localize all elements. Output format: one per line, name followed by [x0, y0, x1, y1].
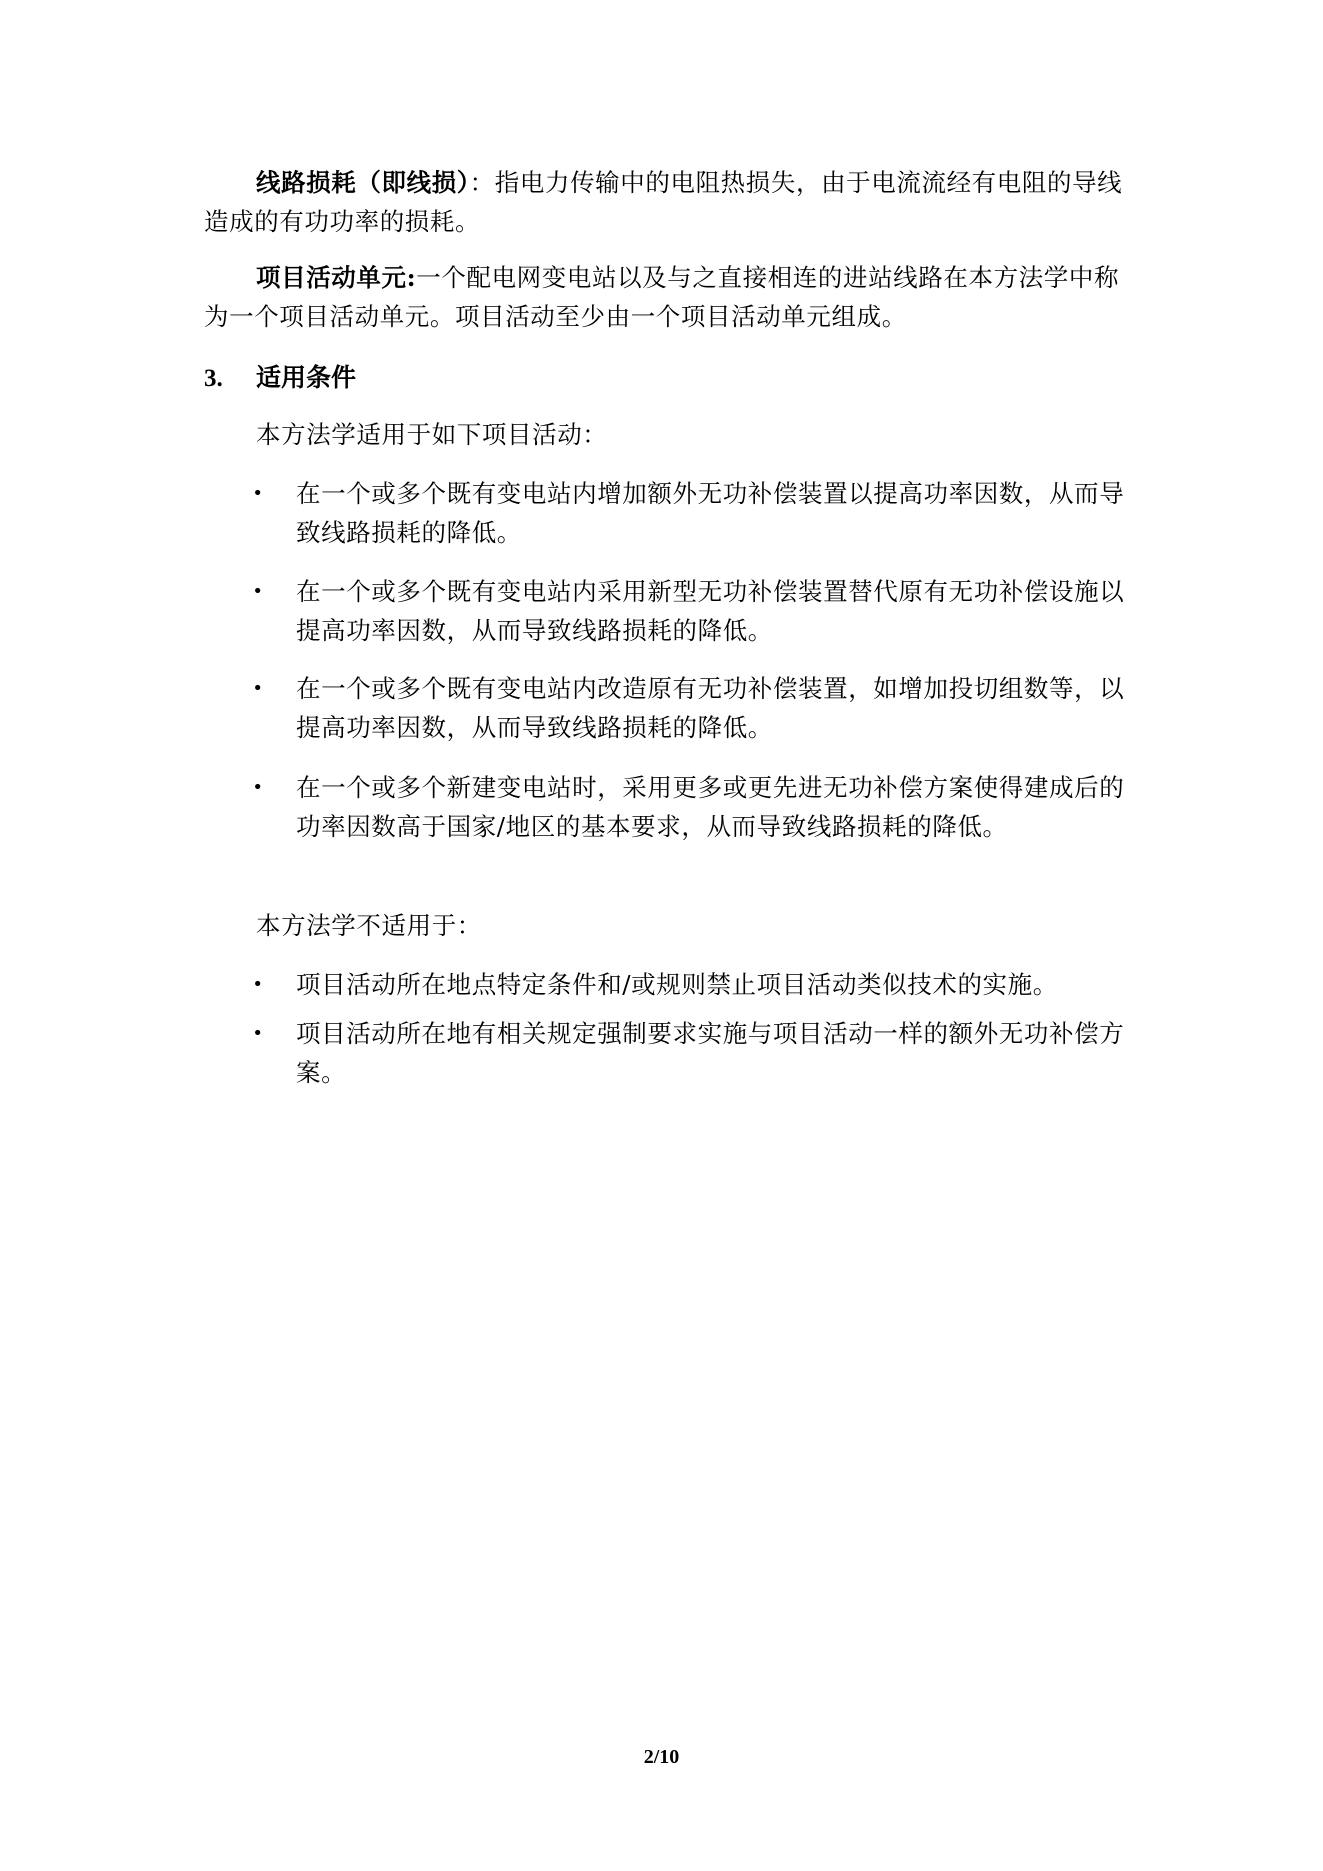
list-item-text: 项目活动所在地点特定条件和/或规则禁止项目活动类似技术的实施。 [296, 970, 1058, 999]
definition-term: 项目活动单元 [256, 263, 407, 292]
bullet-icon: • [248, 1014, 268, 1053]
list-item-text: 项目活动所在地有相关规定强制要求实施与项目活动一样的额外无功补偿方案。 [296, 1019, 1124, 1087]
definition-separator: : [407, 263, 417, 292]
list-item: • 在一个或多个既有变电站内改造原有无功补偿装置，如增加投切组数等，以提高功率因… [296, 669, 1134, 747]
list-item-text: 在一个或多个既有变电站内改造原有无功补偿装置，如增加投切组数等，以提高功率因数，… [296, 674, 1124, 742]
bullet-icon: • [248, 669, 268, 708]
definition-project-activity-unit: 项目活动单元:一个配电网变电站以及与之直接相连的进站线路在本方法学中称为一个项目… [204, 258, 1134, 336]
definition-term: 线路损耗（即线损） [256, 168, 470, 197]
bullet-icon: • [248, 768, 268, 807]
definition-separator: ： [470, 168, 495, 197]
section-title: 适用条件 [256, 363, 356, 392]
list-item: • 在一个或多个既有变电站内采用新型无功补偿装置替代原有无功补偿设施以提高功率因… [296, 572, 1134, 650]
section-number: 3. [204, 359, 256, 399]
bullet-icon: • [248, 474, 268, 513]
bullet-icon: • [248, 572, 268, 611]
list-item: • 项目活动所在地点特定条件和/或规则禁止项目活动类似技术的实施。 [296, 965, 1134, 1004]
definition-line-loss: 线路损耗（即线损）：指电力传输中的电阻热损失，由于电流流经有电阻的导线造成的有功… [204, 163, 1134, 241]
list-item: • 在一个或多个既有变电站内增加额外无功补偿装置以提高功率因数，从而导致线路损耗… [296, 474, 1134, 552]
not-applicable-intro: 本方法学不适用于： [256, 906, 482, 945]
list-item: • 项目活动所在地有相关规定强制要求实施与项目活动一样的额外无功补偿方案。 [296, 1014, 1134, 1092]
bullet-icon: • [248, 965, 268, 1004]
section-heading: 3.适用条件 [204, 358, 356, 399]
list-item-text: 在一个或多个既有变电站内增加额外无功补偿装置以提高功率因数，从而导致线路损耗的降… [296, 479, 1124, 547]
document-page: 线路损耗（即线损）：指电力传输中的电阻热损失，由于电流流经有电阻的导线造成的有功… [0, 0, 1323, 1871]
list-item-text: 在一个或多个既有变电站内采用新型无功补偿装置替代原有无功补偿设施以提高功率因数，… [296, 577, 1124, 645]
applicable-intro: 本方法学适用于如下项目活动： [256, 415, 607, 454]
list-item-text: 在一个或多个新建变电站时，采用更多或更先进无功补偿方案使得建成后的功率因数高于国… [296, 773, 1124, 841]
page-number: 2/10 [0, 1746, 1323, 1769]
list-item: • 在一个或多个新建变电站时，采用更多或更先进无功补偿方案使得建成后的功率因数高… [296, 768, 1134, 846]
